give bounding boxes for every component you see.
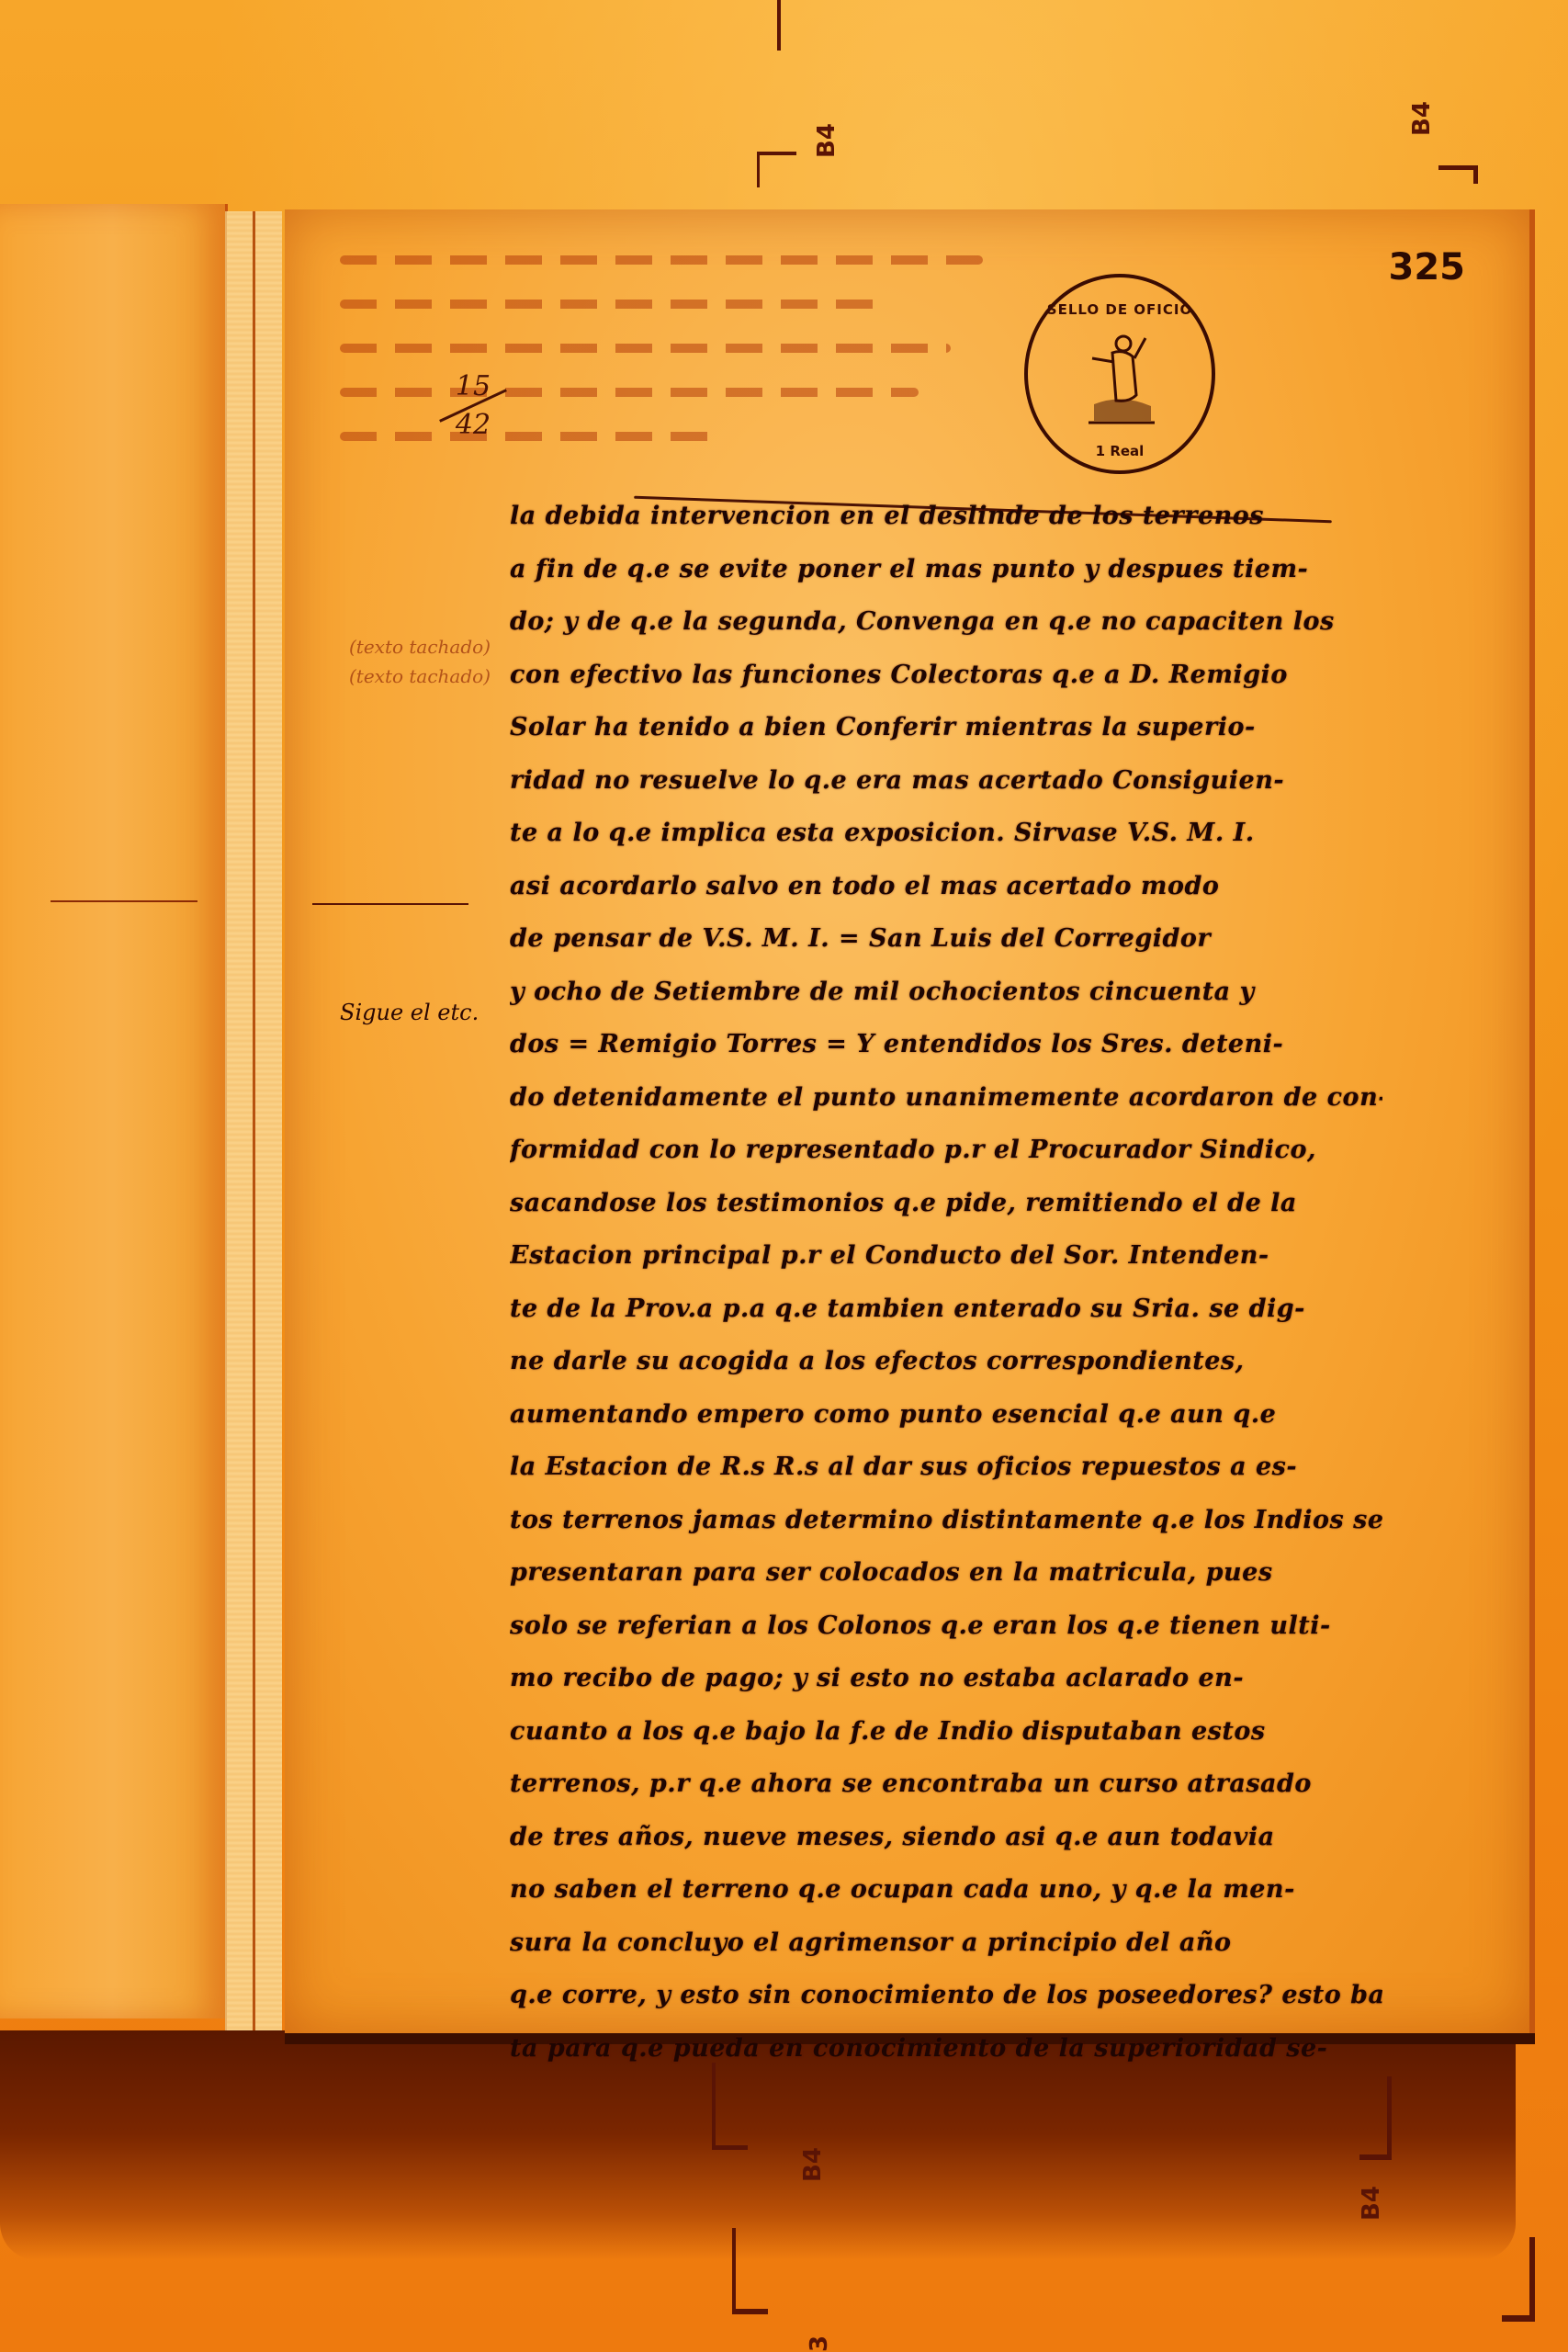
text-line: la debida intervencion en el deslinde de…: [510, 490, 1382, 543]
spine-groove: [253, 211, 255, 2030]
text-line: asi acordarlo salvo en todo el mas acert…: [510, 860, 1382, 913]
faded-header-text: [340, 255, 983, 476]
stamp-value: 1 Real: [1028, 443, 1212, 459]
margin-note: Sigue el etc.: [340, 1000, 479, 1025]
page-number: 325: [1389, 246, 1466, 288]
crop-label-bottom-right: B4: [1358, 2186, 1385, 2221]
text-line: y ocho de Setiembre de mil ochocientos c…: [510, 966, 1382, 1019]
manuscript-page: 325 SELLO DE OFICIO 1 Real 15 42 (texto …: [285, 209, 1535, 2033]
text-line: solo se referian a los Colonos q.e eran …: [510, 1600, 1382, 1653]
crop-mark-lower-right: [1502, 2237, 1535, 2322]
text-line: te de la Prov.a p.a q.e tambien enterado…: [510, 1283, 1382, 1336]
crop-mark-lower-left: [732, 2228, 768, 2314]
seated-liberty-icon: [1085, 331, 1158, 427]
text-line: te a lo q.e implica esta exposicion. Sir…: [510, 807, 1382, 860]
text-line: do; y de q.e la segunda, Convenga en q.e…: [510, 595, 1382, 649]
crop-mark-bottom-left: [712, 2063, 748, 2150]
stamp-top-text: SELLO DE OFICIO: [1028, 301, 1212, 318]
text-line: no saben el terreno q.e ocupan cada uno,…: [510, 1863, 1382, 1917]
crop-label-top-left: B4: [813, 123, 840, 158]
crop-mark-top-vline: [777, 0, 781, 51]
crop-mark-top-left: [757, 152, 796, 187]
text-line: Estacion principal p.r el Conducto del S…: [510, 1229, 1382, 1283]
book-spine: [225, 211, 282, 2030]
margin-rule: [312, 903, 468, 905]
text-line: cuanto a los q.e bajo la f.e de Indio di…: [510, 1705, 1382, 1758]
faded-line: [340, 432, 726, 441]
text-line: formidad con lo representado p.r el Proc…: [510, 1124, 1382, 1177]
official-seal-stamp: SELLO DE OFICIO 1 Real: [1024, 274, 1215, 474]
text-line: de pensar de V.S. M. I. = San Luis del C…: [510, 912, 1382, 966]
fraction-denominator: 42: [436, 409, 510, 441]
faded-line: [340, 344, 951, 353]
text-line: a fin de q.e se evite poner el mas punto…: [510, 543, 1382, 596]
crop-label-bottom-left: B4: [799, 2147, 827, 2182]
left-facing-page: [0, 204, 228, 2018]
handwritten-body: la debida intervencion en el deslinde de…: [510, 490, 1382, 2075]
text-line: aumentando empero como punto esencial q.…: [510, 1388, 1382, 1442]
text-line: q.e corre, y esto sin conocimiento de lo…: [510, 1969, 1382, 2022]
left-page-rule: [51, 900, 197, 902]
text-line: mo recibo de pago; y si esto no estaba a…: [510, 1652, 1382, 1705]
faded-line: [340, 255, 983, 265]
folio-fraction: 15 42: [436, 370, 510, 441]
crop-mark-top-right: [1438, 165, 1478, 184]
text-line: ne darle su acogida a los efectos corres…: [510, 1335, 1382, 1388]
text-line: con efectivo las funciones Colectoras q.…: [510, 649, 1382, 702]
text-line: presentaran para ser colocados en la mat…: [510, 1546, 1382, 1600]
text-line: Solar ha tenido a bien Conferir mientras…: [510, 701, 1382, 754]
fraction-numerator: 15: [436, 370, 510, 402]
text-line: la Estacion de R.s R.s al dar sus oficio…: [510, 1441, 1382, 1494]
faded-line: [340, 388, 919, 397]
crop-label-lower-left: 3: [806, 2335, 833, 2352]
text-line: ridad no resuelve lo q.e era mas acertad…: [510, 754, 1382, 808]
text-line: sacandose los testimonios q.e pide, remi…: [510, 1177, 1382, 1230]
text-line: de tres años, nueve meses, siendo asi q.…: [510, 1811, 1382, 1864]
crop-mark-bottom-right: [1359, 2076, 1392, 2160]
text-line: terrenos, p.r q.e ahora se encontraba un…: [510, 1758, 1382, 1811]
text-line: sura la concluyo el agrimensor a princip…: [510, 1917, 1382, 1970]
text-line: dos = Remigio Torres = Y entendidos los …: [510, 1018, 1382, 1071]
faded-line: [340, 300, 886, 309]
crop-label-top-right: B4: [1408, 101, 1436, 136]
text-line: ta para q.e pueda en conocimiento de la …: [510, 2022, 1382, 2075]
text-line: tos terrenos jamas determino distintamen…: [510, 1494, 1382, 1547]
text-line: do detenidamente el punto unanimemente a…: [510, 1071, 1382, 1125]
